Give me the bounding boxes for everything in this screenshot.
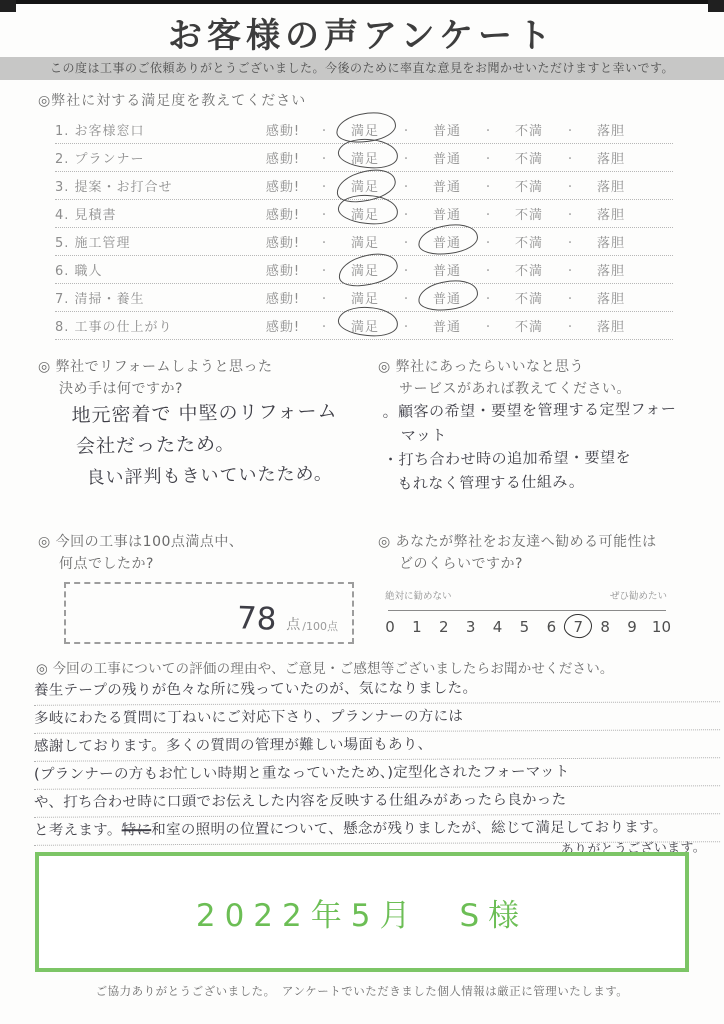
option-rakutan[interactable]: 落胆 xyxy=(588,316,634,335)
rating-options: 感動!・満足・普通・不満・落胆 xyxy=(260,232,673,251)
option-rakutan[interactable]: 落胆 xyxy=(588,204,634,223)
score-unit-label: 点 xyxy=(286,614,300,634)
separator-dot: ・ xyxy=(306,262,342,277)
services-question-line1: ◎ 弊社にあったらいいなと思う xyxy=(378,359,584,375)
separator-dot: ・ xyxy=(470,178,506,193)
handwritten-line: マット xyxy=(401,420,718,447)
rating-options: 感動!・満足・普通・不満・落胆 xyxy=(260,176,673,195)
option-manzoku[interactable]: 満足 xyxy=(342,204,388,223)
separator-dot: ・ xyxy=(552,234,588,249)
option-manzoku[interactable]: 満足 xyxy=(342,120,388,139)
separator-dot: ・ xyxy=(306,150,342,165)
option-rakutan[interactable]: 落胆 xyxy=(588,232,634,251)
handwritten-line: 。顧客の希望・要望を管理する定型フォー xyxy=(383,396,718,424)
separator-dot: ・ xyxy=(552,262,588,277)
option-kando[interactable]: 感動! xyxy=(260,288,306,307)
separator-dot: ・ xyxy=(470,318,506,333)
rating-options: 感動!・満足・普通・不満・落胆 xyxy=(260,316,673,335)
nps-scale: 0 1 2 3 4 5 6 7 8 9 10 xyxy=(383,618,671,636)
nps-number[interactable]: 0 xyxy=(383,618,397,636)
nps-question-heading: ◎ あなたが弊社をお友達へ勧める可能性は どのくらいですか? xyxy=(378,531,657,575)
nps-number[interactable]: 8 xyxy=(598,618,612,636)
row-label: 2. プランナー xyxy=(55,148,260,167)
table-row: 4. 見積書 感動!・満足・普通・不満・落胆 xyxy=(55,200,673,228)
comment-text: 和室の照明の位置について、懸念が残りましたが、総じて満足しております。 xyxy=(151,819,667,838)
separator-dot: ・ xyxy=(552,178,588,193)
rating-options: 感動!・満足・普通・不満・落胆 xyxy=(260,120,673,139)
score-denominator-label: /100点 xyxy=(302,618,338,634)
separator-dot: ・ xyxy=(470,122,506,137)
row-label: 4. 見積書 xyxy=(55,204,260,223)
handwritten-comment-line: (プランナーの方もお忙しい時期と重なっていたため、)定型化されたフォーマット xyxy=(34,758,720,790)
table-row: 2. プランナー 感動!・満足・普通・不満・落胆 xyxy=(55,144,673,172)
row-label: 3. 提案・お打合せ xyxy=(55,176,260,195)
option-manzoku[interactable]: 満足 xyxy=(342,260,388,279)
decision-answer-handwriting[interactable]: 地元密着で 中堅のリフォーム 会社だったため。 良い評判もきいていたため。 xyxy=(71,395,393,494)
handwritten-comment-line: 養生テープの残りが色々な所に残っていたのが、気になりました。 xyxy=(34,674,720,706)
handwritten-comment-line: 多岐にわたる質問に丁ねいにご対応下さり、プランナーの方には xyxy=(34,702,720,734)
nps-scale-line xyxy=(388,610,666,611)
rating-options: 感動!・満足・普通・不満・落胆 xyxy=(260,260,673,279)
option-futsuu[interactable]: 普通 xyxy=(424,204,470,223)
nps-number[interactable]: 7 xyxy=(571,618,585,636)
option-futsuu[interactable]: 普通 xyxy=(424,176,470,195)
option-rakutan[interactable]: 落胆 xyxy=(588,120,634,139)
page-title: お客様の声アンケート xyxy=(0,8,724,57)
comments-area[interactable]: 養生テープの残りが色々な所に残っていたのが、気になりました。 多岐にわたる質問に… xyxy=(34,676,720,864)
footer-note: ご協力ありがとうございました。 アンケートでいただきました個人情報は厳正に管理い… xyxy=(0,983,724,999)
option-fuman[interactable]: 不満 xyxy=(506,260,552,279)
nps-number[interactable]: 2 xyxy=(437,618,451,636)
row-label: 8. 工事の仕上がり xyxy=(55,316,260,335)
option-kando[interactable]: 感動! xyxy=(260,232,306,251)
option-fuman[interactable]: 不満 xyxy=(506,176,552,195)
option-futsuu[interactable]: 普通 xyxy=(424,120,470,139)
separator-dot: ・ xyxy=(306,206,342,221)
scan-edge-artifact xyxy=(0,0,724,4)
scanned-survey-page: お客様の声アンケート この度は工事のご依頼ありがとうございました。今後のために率… xyxy=(0,0,724,1024)
score-value-handwriting: 78 xyxy=(236,603,276,634)
nps-number[interactable]: 5 xyxy=(517,618,531,636)
nps-number[interactable]: 6 xyxy=(544,618,558,636)
option-kando[interactable]: 感動! xyxy=(260,176,306,195)
satisfaction-table: 1. お客様窓口 感動!・満足・普通・不満・落胆 2. プランナー 感動!・満足… xyxy=(55,116,673,340)
table-row: 8. 工事の仕上がり 感動!・満足・普通・不満・落胆 xyxy=(55,312,673,340)
intro-banner: この度は工事のご依頼ありがとうございました。今後のために率直な意見をお聞かせいた… xyxy=(0,57,724,80)
option-fuman[interactable]: 不満 xyxy=(506,316,552,335)
decision-question-line1: ◎ 弊社でリフォームしようと思った xyxy=(38,359,272,375)
option-fuman[interactable]: 不満 xyxy=(506,148,552,167)
separator-dot: ・ xyxy=(470,206,506,221)
separator-dot: ・ xyxy=(306,234,342,249)
score-question-heading: ◎ 今回の工事は100点満点中、 何点でしたか? xyxy=(38,531,243,575)
score-question-line2: 何点でしたか? xyxy=(38,553,243,575)
separator-dot: ・ xyxy=(306,290,342,305)
score-question-line1: ◎ 今回の工事は100点満点中、 xyxy=(38,534,243,550)
nps-label-high: ぜひ勧めたい xyxy=(610,588,667,602)
nps-number[interactable]: 1 xyxy=(410,618,424,636)
nps-number[interactable]: 9 xyxy=(625,618,639,636)
option-manzoku[interactable]: 満足 xyxy=(342,232,388,251)
comment-text: と考えます。 xyxy=(34,822,122,838)
separator-dot: ・ xyxy=(552,290,588,305)
table-row: 6. 職人 感動!・満足・普通・不満・落胆 xyxy=(55,256,673,284)
services-answer-handwriting[interactable]: 。顧客の希望・要望を管理する定型フォー マット ・打ち合わせ時の追加希望・要望を… xyxy=(383,396,719,496)
date-customer-label: 2022年5月 S様 xyxy=(196,890,528,935)
handwritten-line: もれなく管理する仕組み。 xyxy=(397,468,718,495)
nps-question-line2: どのくらいですか? xyxy=(378,553,657,575)
table-row: 5. 施工管理 感動!・満足・普通・不満・落胆 xyxy=(55,228,673,256)
rating-options: 感動!・満足・普通・不満・落胆 xyxy=(260,288,673,307)
nps-number[interactable]: 10 xyxy=(652,618,671,636)
nps-question-line1: ◎ あなたが弊社をお友達へ勧める可能性は xyxy=(378,534,657,550)
row-label: 6. 職人 xyxy=(55,260,260,279)
handwritten-comment-line: や、打ち合わせ時に口頭でお伝えした内容を反映する仕組みがあったら良かった xyxy=(34,786,720,818)
option-futsuu[interactable]: 普通 xyxy=(424,288,470,307)
separator-dot: ・ xyxy=(552,122,588,137)
score-entry-box[interactable]: 78 点 /100点 xyxy=(64,582,354,644)
option-futsuu[interactable]: 普通 xyxy=(424,260,470,279)
decision-question-line2: 決め手は何ですか? xyxy=(38,378,272,400)
row-label: 1. お客様窓口 xyxy=(55,120,260,139)
separator-dot: ・ xyxy=(470,262,506,277)
nps-number[interactable]: 3 xyxy=(464,618,478,636)
option-kando[interactable]: 感動! xyxy=(260,120,306,139)
row-label: 5. 施工管理 xyxy=(55,232,260,251)
option-futsuu[interactable]: 普通 xyxy=(424,148,470,167)
row-label: 7. 清掃・養生 xyxy=(55,288,260,307)
option-fuman[interactable]: 不満 xyxy=(506,232,552,251)
handwritten-line: ・打ち合わせ時の追加希望・要望を xyxy=(383,444,718,472)
services-question-heading: ◎ 弊社にあったらいいなと思う サービスがあれば教えてください。 xyxy=(378,356,631,400)
satisfaction-section-heading: ◎弊社に対する満足度を教えてください xyxy=(38,90,306,110)
date-customer-stamp-box: 2022年5月 S様 xyxy=(35,852,689,972)
option-futsuu[interactable]: 普通 xyxy=(424,232,470,251)
handwritten-line: 良い評判もきいていたため。 xyxy=(86,457,392,493)
rating-options: 感動!・満足・普通・不満・落胆 xyxy=(260,148,673,167)
option-rakutan[interactable]: 落胆 xyxy=(588,260,634,279)
nps-number[interactable]: 4 xyxy=(491,618,505,636)
separator-dot: ・ xyxy=(470,150,506,165)
option-rakutan[interactable]: 落胆 xyxy=(588,176,634,195)
separator-dot: ・ xyxy=(552,150,588,165)
option-fuman[interactable]: 不満 xyxy=(506,288,552,307)
handwritten-comment-line: 感謝しております。多くの質問の管理が難しい場面もあり、 xyxy=(34,730,720,762)
option-fuman[interactable]: 不満 xyxy=(506,204,552,223)
comments-question-heading: ◎ 今回の工事についての評価の理由や、ご意見・ご感想等ございましたらお聞かせくだ… xyxy=(36,657,614,677)
nps-label-low: 絶対に勧めない xyxy=(385,588,452,602)
option-manzoku[interactable]: 満足 xyxy=(342,316,388,335)
separator-dot: ・ xyxy=(552,318,588,333)
decision-question-heading: ◎ 弊社でリフォームしようと思った 決め手は何ですか? xyxy=(38,356,272,400)
separator-dot: ・ xyxy=(552,206,588,221)
option-rakutan[interactable]: 落胆 xyxy=(588,288,634,307)
option-manzoku[interactable]: 満足 xyxy=(342,148,388,167)
option-manzoku[interactable]: 満足 xyxy=(342,288,388,307)
option-rakutan[interactable]: 落胆 xyxy=(588,148,634,167)
option-kando[interactable]: 感動! xyxy=(260,260,306,279)
option-kando[interactable]: 感動! xyxy=(260,316,306,335)
option-futsuu[interactable]: 普通 xyxy=(424,316,470,335)
option-kando[interactable]: 感動! xyxy=(260,148,306,167)
nps-anchor-labels: 絶対に勧めない ぜひ勧めたい xyxy=(385,588,667,602)
option-kando[interactable]: 感動! xyxy=(260,204,306,223)
option-fuman[interactable]: 不満 xyxy=(506,120,552,139)
separator-dot: ・ xyxy=(306,318,342,333)
option-manzoku[interactable]: 満足 xyxy=(342,176,388,195)
struck-through-text: 特に xyxy=(122,822,152,838)
rating-options: 感動!・満足・普通・不満・落胆 xyxy=(260,204,673,223)
